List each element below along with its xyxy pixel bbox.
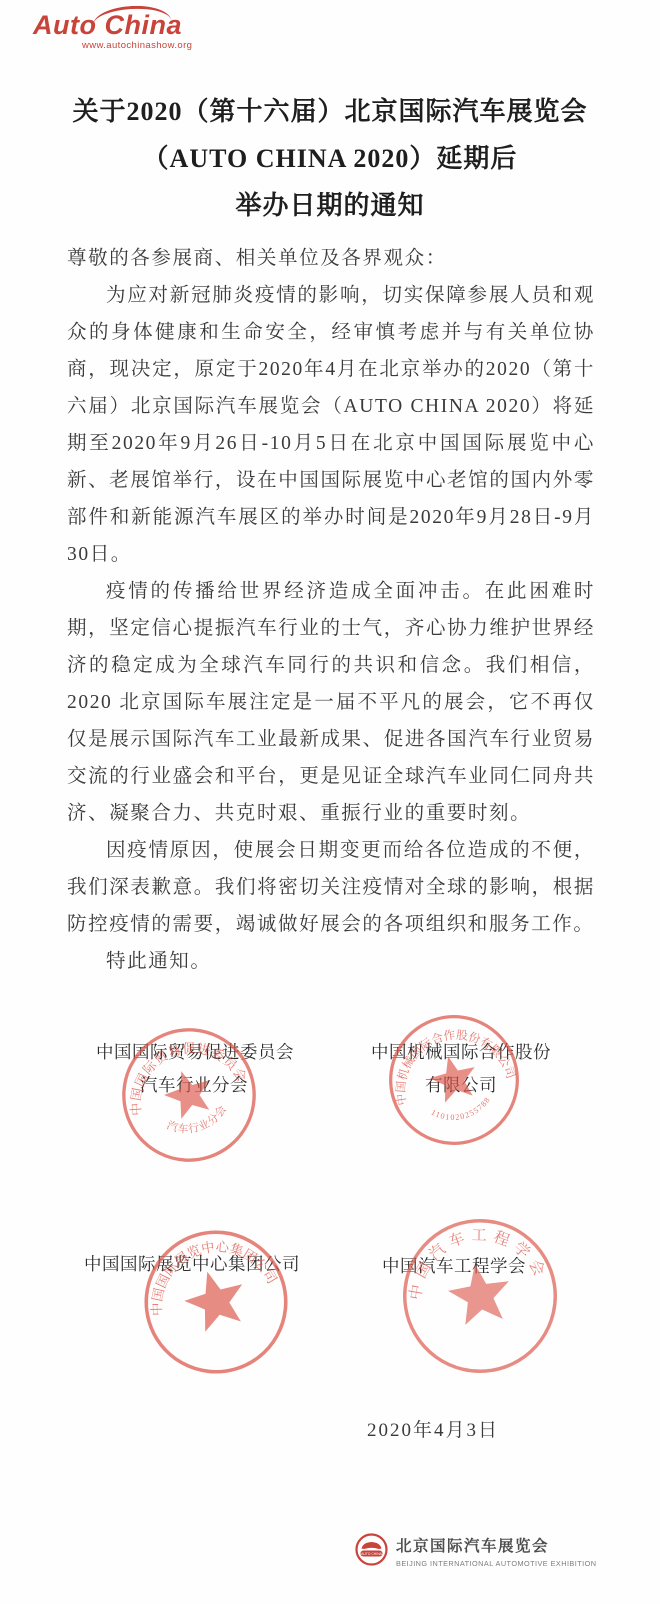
notice-body: 尊敬的各参展商、相关单位及各界观众： 为应对新冠肺炎疫情的影响，切实保障参展人员… — [67, 240, 595, 980]
logo-website-url: www.autochinashow.org — [82, 40, 192, 51]
notice-paragraph-2: 疫情的传播给世界经济造成全面冲击。在此困难时期，坚定信心提振汽车行业的士气，齐心… — [67, 573, 595, 832]
notice-title: 关于2020（第十六届）北京国际汽车展览会 （AUTO CHINA 2020）延… — [0, 88, 660, 229]
notice-paragraph-1: 为应对新冠肺炎疫情的影响，切实保障参展人员和观众的身体健康和生命安全，经审慎考虑… — [67, 277, 595, 573]
signatory-1-official-seal-icon: 中国国际贸易促进委员会 汽车行业分会 — [100, 1006, 279, 1185]
notice-date: 2020年4月3日 — [367, 1415, 499, 1442]
notice-title-line-1: 关于2020（第十六届）北京国际汽车展览会 — [0, 88, 660, 135]
auto-china-logo-text: Auto China — [33, 10, 182, 41]
signatory-3-official-seal-icon: 中国国际展览中心集团公司 — [122, 1208, 310, 1396]
svg-text:AUTO CHINA: AUTO CHINA — [361, 1552, 383, 1556]
notice-title-line-3: 举办日期的通知 — [0, 182, 660, 229]
footer-org-name-en: BEIJING INTERNATIONAL AUTOMOTIVE EXHIBIT… — [396, 1559, 596, 1568]
footer-org-name-cn: 北京国际汽车展览会 — [396, 1534, 596, 1556]
signatory-4-official-seal-icon: 中国汽车工程学会 — [386, 1202, 574, 1390]
notice-document-page: Auto China www.autochinashow.org 关于2020（… — [0, 0, 660, 1604]
svg-text:1101020255788: 1101020255788 — [428, 1094, 496, 1129]
beijing-auto-show-badge-icon: AUTO CHINA — [355, 1533, 388, 1571]
auto-china-logo: Auto China www.autochinashow.org — [33, 8, 233, 54]
notice-paragraph-3: 因疫情原因，使展会日期变更而给各位造成的不便，我们深表歉意。我们将密切关注疫情对… — [67, 832, 595, 943]
notice-closing: 特此通知。 — [67, 943, 595, 980]
footer-text: 北京国际汽车展览会 BEIJING INTERNATIONAL AUTOMOTI… — [396, 1534, 596, 1568]
salutation: 尊敬的各参展商、相关单位及各界观众： — [67, 240, 595, 277]
signatory-2-official-seal-icon: 中国机械国际合作股份有限公司 1101020255788 — [370, 996, 537, 1163]
notice-title-line-2: （AUTO CHINA 2020）延期后 — [0, 135, 660, 182]
